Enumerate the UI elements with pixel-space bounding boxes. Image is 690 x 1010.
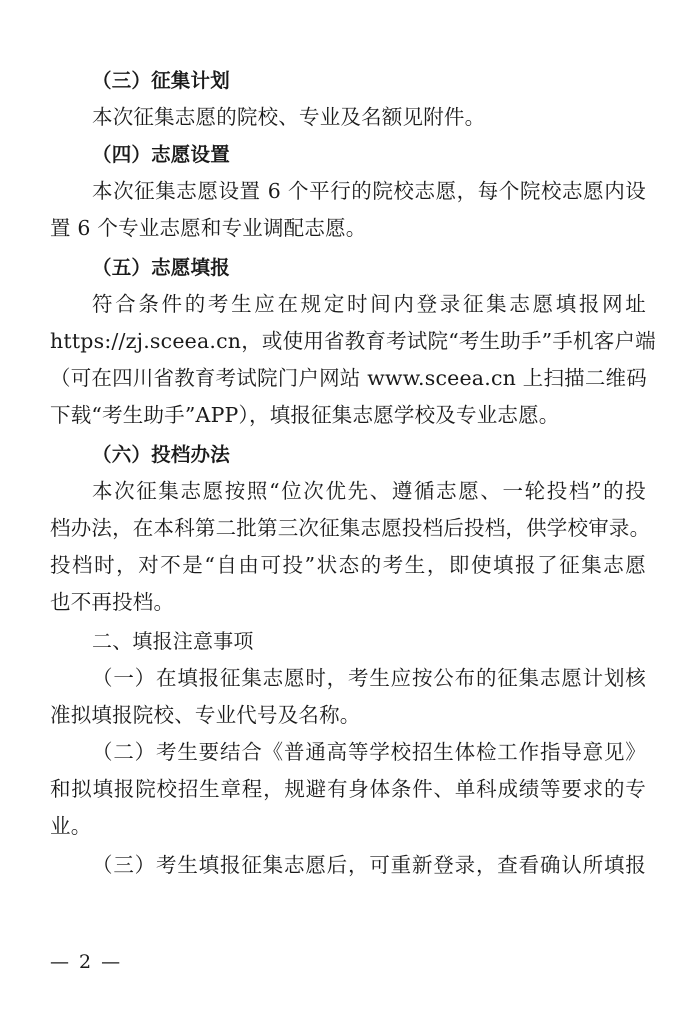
paragraph-line: 本次征集志愿按照“位次优先、遵循志愿、一轮投档”的投: [92, 473, 646, 510]
paragraph-line: 和拟填报院校招生章程，规避有身体条件、单科成绩等要求的专: [50, 771, 646, 808]
subheading-admission-method: （六）投档办法: [92, 436, 646, 473]
subheading-volunteer-settings: （四）志愿设置: [92, 136, 646, 173]
section-heading-filling-notes: 二、填报注意事项: [92, 623, 646, 660]
page-number: — 2 —: [50, 951, 122, 973]
paragraph-line: （一）在填报征集志愿时，考生应按公布的征集志愿计划核: [92, 660, 646, 697]
paragraph-line-with-url: https://zj.sceea.cn，或使用省教育考试院“考生助手”手机客户端: [50, 323, 646, 360]
paragraph-line: 投档时，对不是“自由可投”状态的考生，即使填报了征集志愿: [50, 547, 646, 584]
paragraph-line: 置 6 个专业志愿和专业调配志愿。: [50, 210, 646, 247]
paragraph-line-with-url: （可在四川省教育考试院门户网站 www.sceea.cn 上扫描二维码: [50, 360, 646, 397]
paragraph-line: （三）考生填报征集志愿后，可重新登录，查看确认所填报: [92, 847, 646, 884]
paragraph-line: 符合条件的考生应在规定时间内登录征集志愿填报网址: [92, 286, 646, 323]
paragraph-line: （二）考生要结合《普通高等学校招生体检工作指导意见》: [92, 734, 646, 771]
paragraph-line: 下载“考生助手”APP），填报征集志愿学校及专业志愿。: [50, 397, 646, 434]
paragraph-line: 本次征集志愿设置 6 个平行的院校志愿，每个院校志愿内设: [92, 173, 646, 210]
paragraph-line: 也不再投档。: [50, 584, 646, 621]
subheading-collection-plan: （三）征集计划: [92, 62, 646, 99]
paragraph-line: 本次征集志愿的院校、专业及名额见附件。: [92, 99, 646, 136]
paragraph-line: 档办法，在本科第二批第三次征集志愿投档后投档，供学校审录。: [50, 510, 646, 547]
subheading-volunteer-filling: （五）志愿填报: [92, 249, 646, 286]
paragraph-line: 准拟填报院校、专业代号及名称。: [50, 697, 646, 734]
paragraph-line: 业。: [50, 808, 646, 845]
